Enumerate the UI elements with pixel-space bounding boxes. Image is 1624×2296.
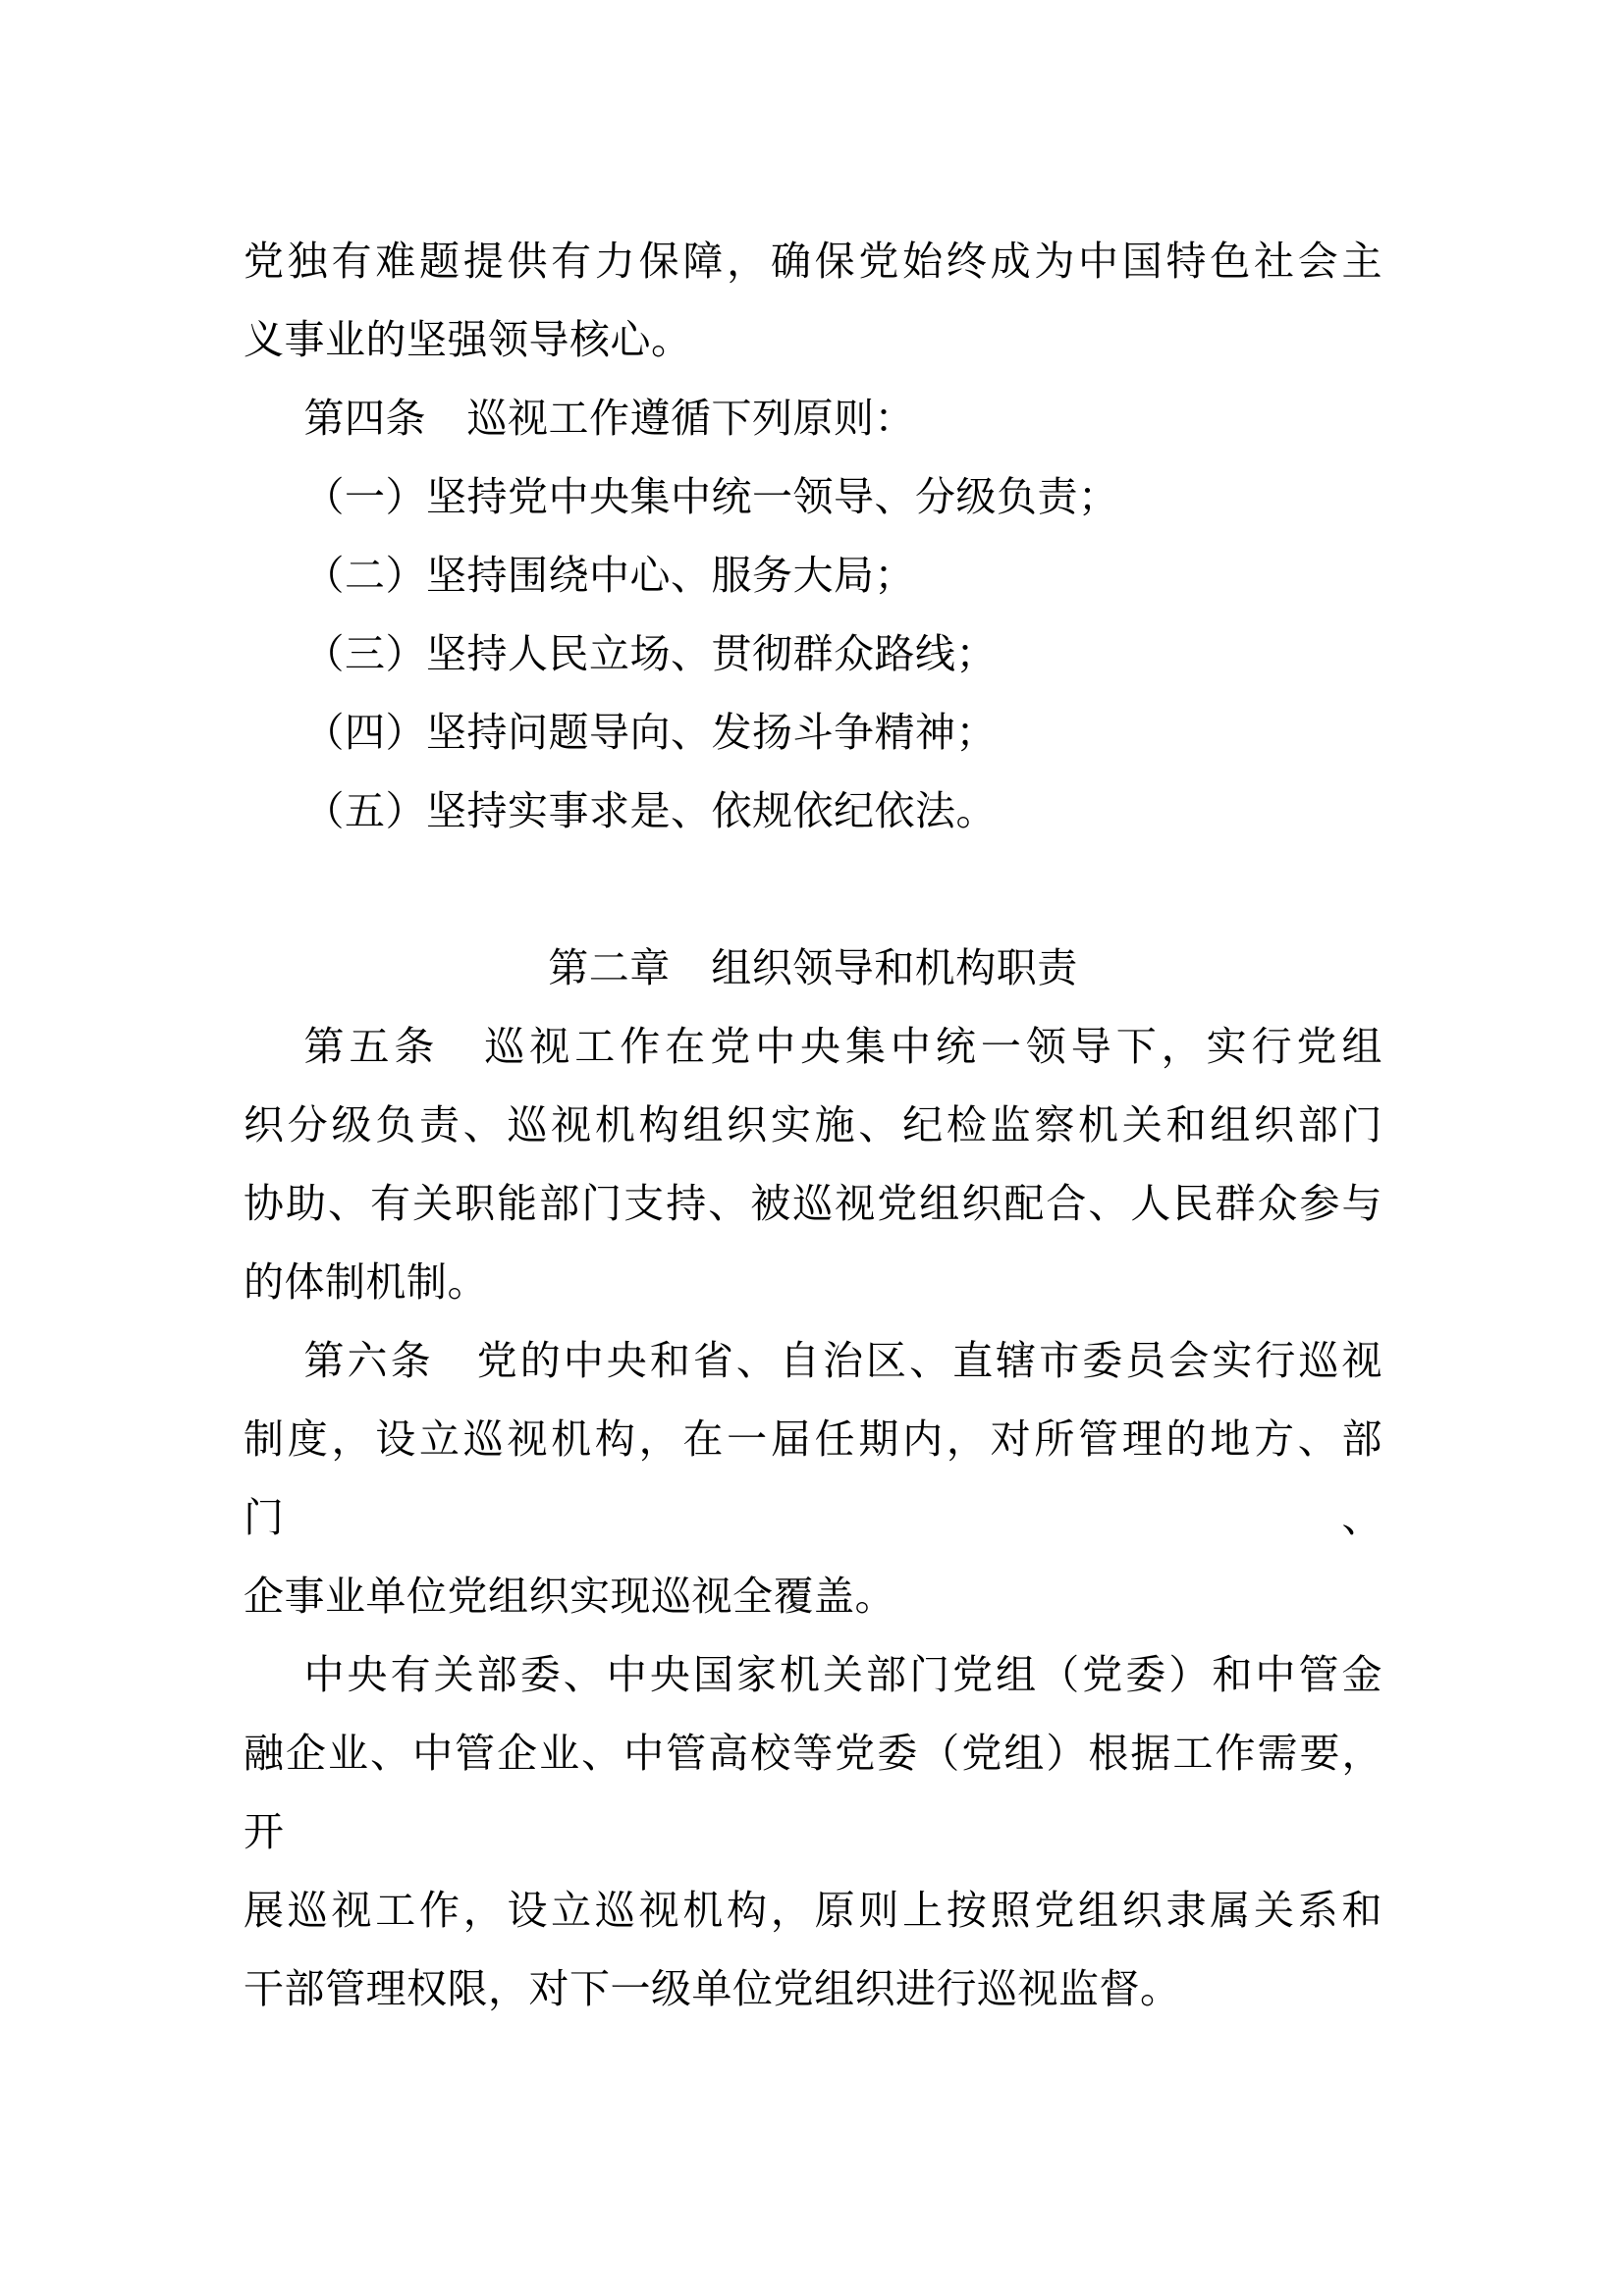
article-6-p2-line-4: 干部管理权限，对下一级单位党组织进行巡视监督。 bbox=[244, 1949, 1382, 2028]
chapter-2-heading: 第二章 组织领导和机构职责 bbox=[244, 929, 1382, 1007]
article-6-p2-line-2: 融企业、中管企业、中管高校等党委（党组）根据工作需要，开 bbox=[244, 1714, 1382, 1871]
article-4-principle-5: （五）坚持实事求是、依规依纪依法。 bbox=[244, 772, 1382, 850]
article-4-principle-4: （四）坚持问题导向、发扬斗争精神； bbox=[244, 693, 1382, 772]
article-6-p1-line-3: 企事业单位党组织实现巡视全覆盖。 bbox=[244, 1557, 1382, 1635]
article-4-principle-1: （一）坚持党中央集中统一领导、分级负责； bbox=[244, 457, 1382, 536]
article-6-p2-line-1: 中央有关部委、中央国家机关部门党组（党委）和中管金 bbox=[244, 1635, 1382, 1714]
article-5-line-3: 协助、有关职能部门支持、被巡视党组织配合、人民群众参与 bbox=[244, 1164, 1382, 1243]
intro-line-1: 党独有难题提供有力保障，确保党始终成为中国特色社会主 bbox=[244, 222, 1382, 300]
article-4-title: 第四条 巡视工作遵循下列原则： bbox=[244, 379, 1382, 457]
article-5-line-4: 的体制机制。 bbox=[244, 1243, 1382, 1321]
article-4-principle-3: （三）坚持人民立场、贯彻群众路线； bbox=[244, 614, 1382, 693]
article-6-p1-line-1: 第六条 党的中央和省、自治区、直辖市委员会实行巡视 bbox=[244, 1321, 1382, 1400]
article-4-principle-2: （二）坚持围绕中心、服务大局； bbox=[244, 536, 1382, 614]
article-6-p2-line-3: 展巡视工作，设立巡视机构，原则上按照党组织隶属关系和 bbox=[244, 1871, 1382, 1949]
article-6-p1-line-2: 制度，设立巡视机构，在一届任期内，对所管理的地方、部门、 bbox=[244, 1400, 1382, 1557]
article-5-line-2: 织分级负责、巡视机构组织实施、纪检监察机关和组织部门 bbox=[244, 1086, 1382, 1164]
intro-line-2: 义事业的坚强领导核心。 bbox=[244, 300, 1382, 379]
text-block: 党独有难题提供有力保障，确保党始终成为中国特色社会主 义事业的坚强领导核心。 第… bbox=[244, 222, 1382, 2028]
article-5-line-1: 第五条 巡视工作在党中央集中统一领导下，实行党组 bbox=[244, 1007, 1382, 1086]
